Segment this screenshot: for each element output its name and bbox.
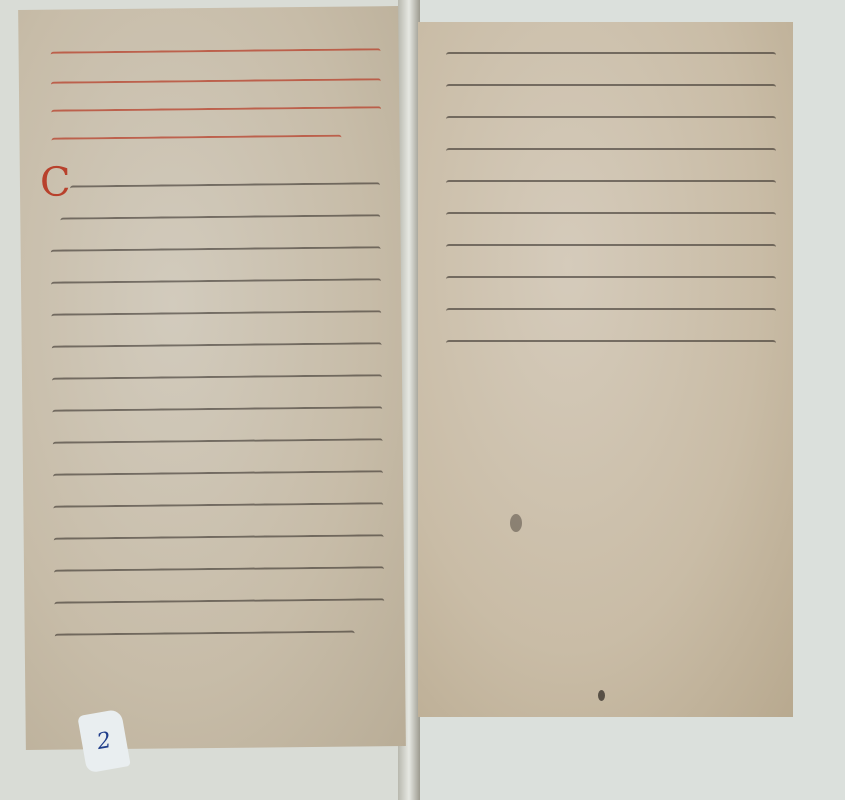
ink-stain [510, 514, 522, 532]
right-page [418, 22, 793, 717]
manuscript-photo: С [0, 0, 845, 800]
left-page: С [18, 6, 406, 750]
initial-letter: С [40, 159, 71, 205]
ink-dot [598, 690, 605, 701]
